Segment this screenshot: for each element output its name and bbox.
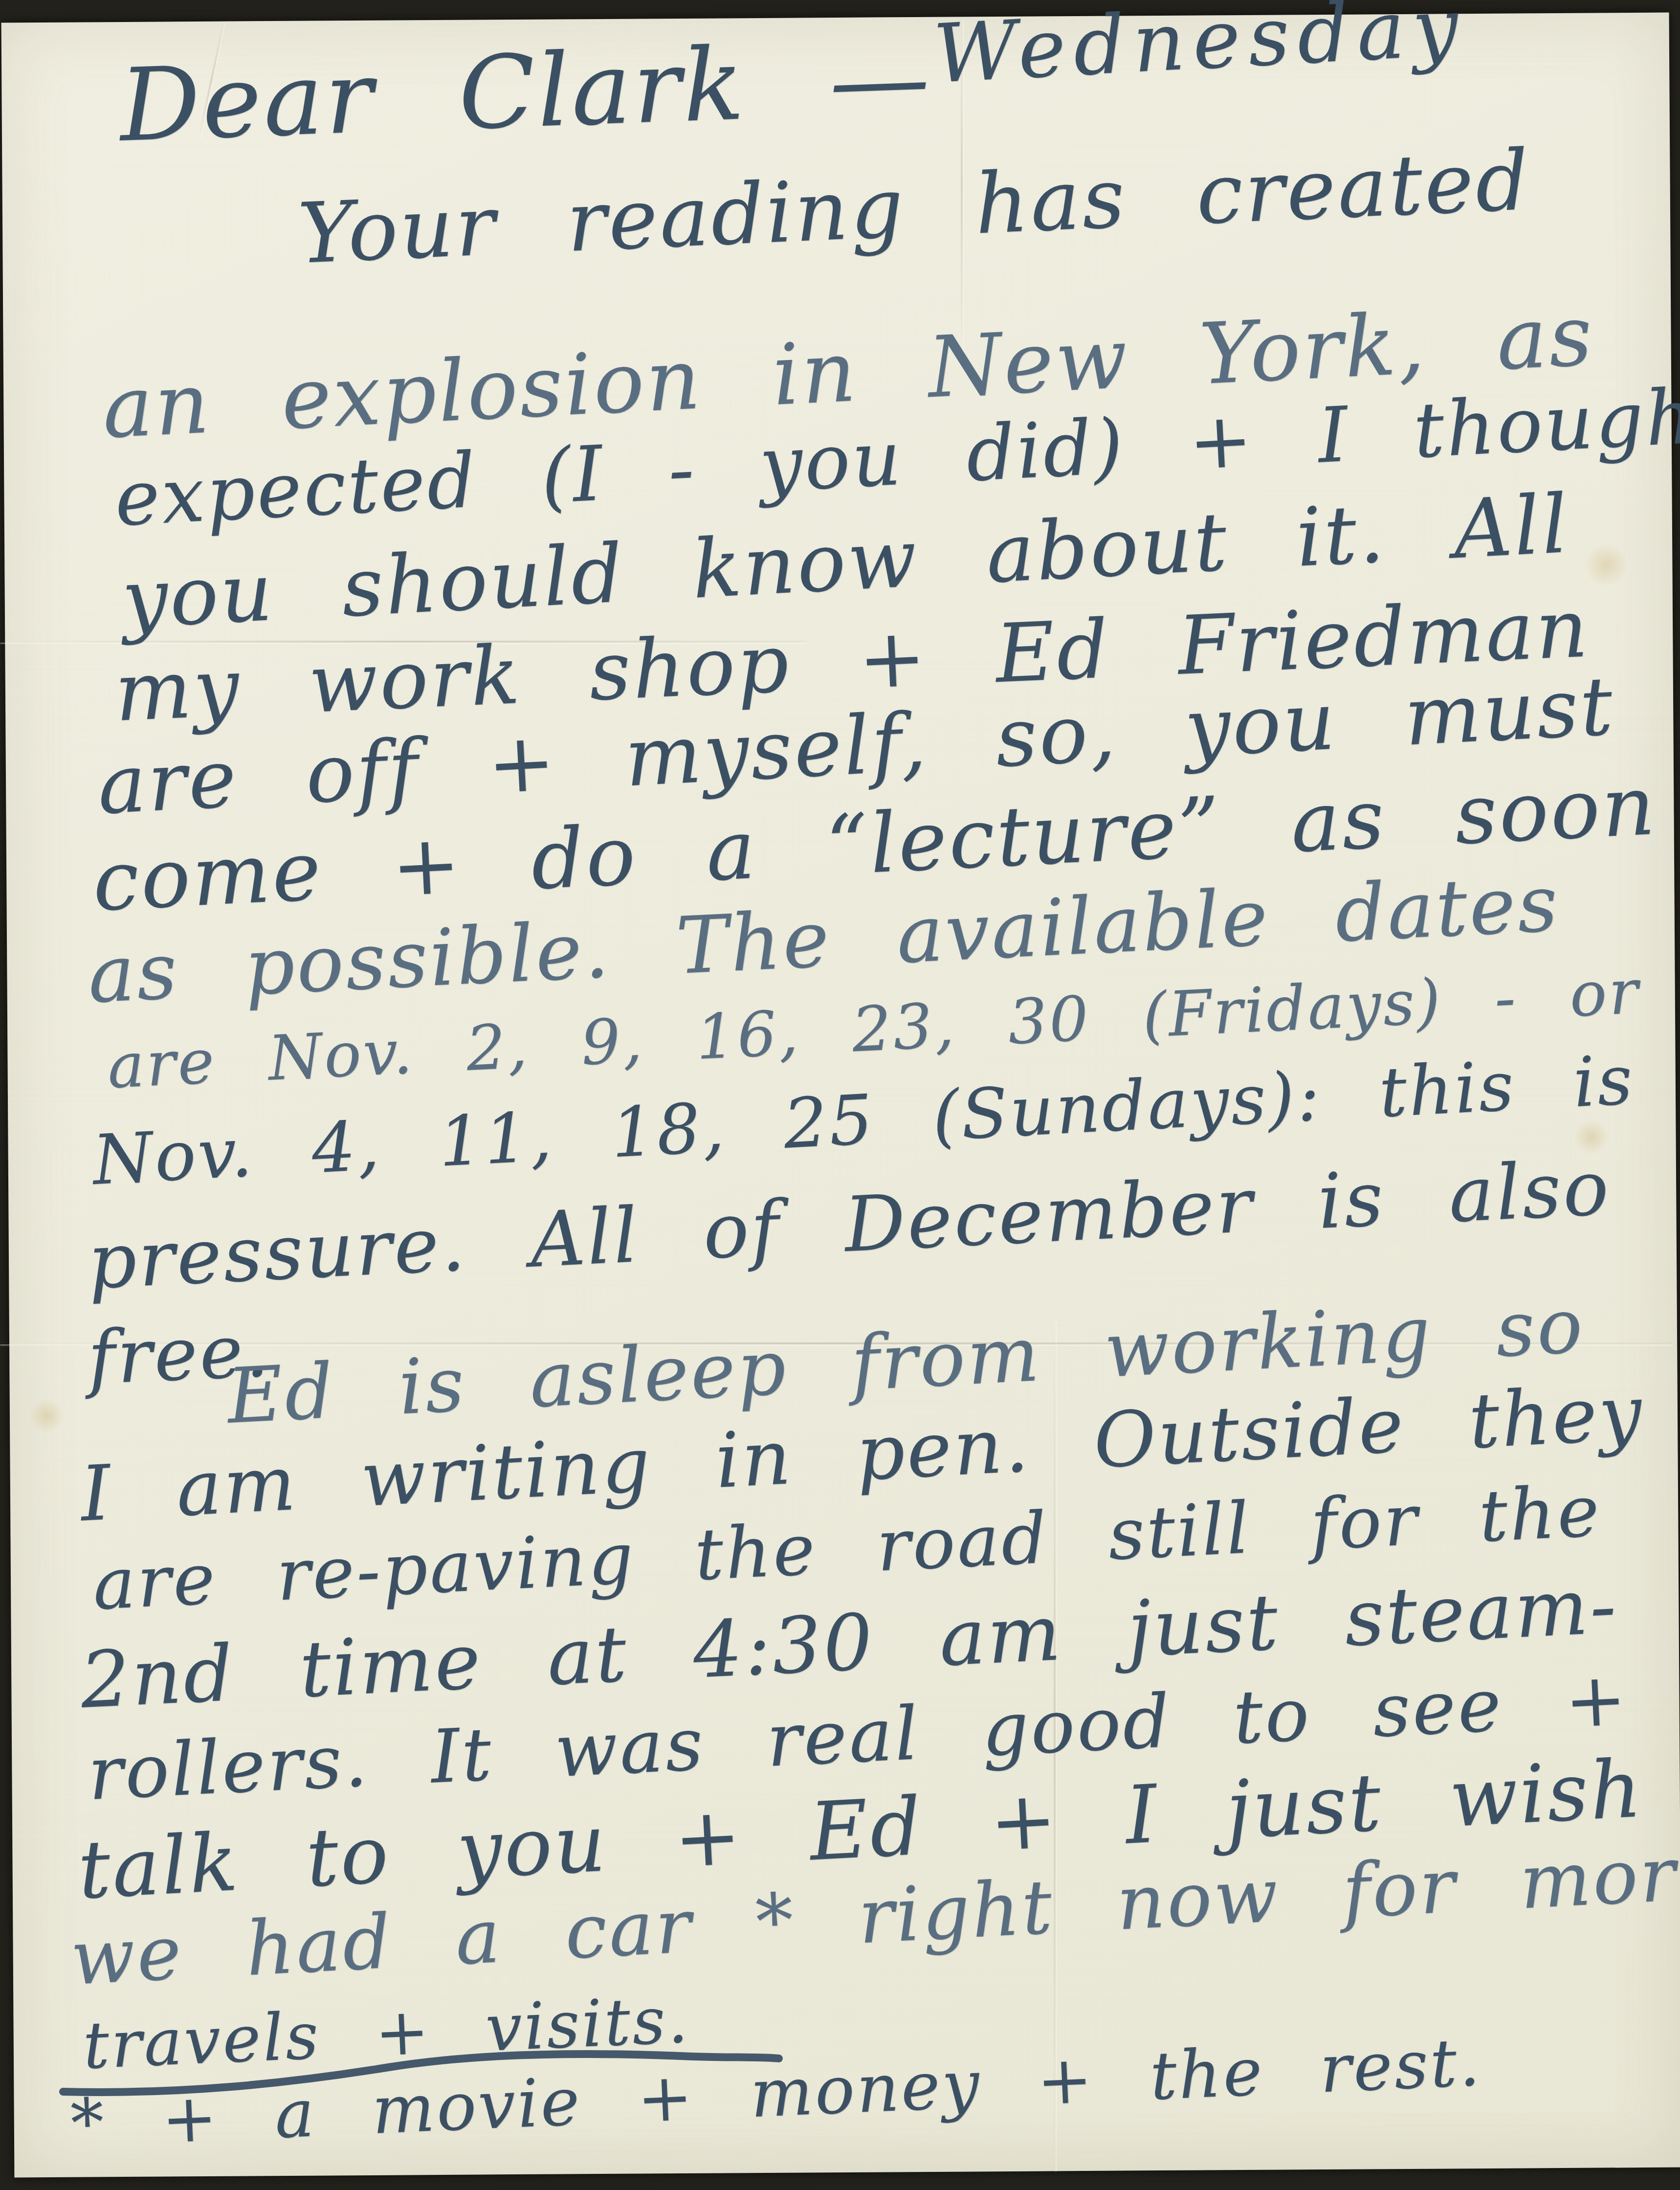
handwriting-layer: Wednesday Dear Clark — Your reading has … [0, 0, 1680, 2190]
letter-date-line: Wednesday [931, 0, 1468, 97]
scanned-letter: Wednesday Dear Clark — Your reading has … [0, 0, 1680, 2190]
body-line: Your reading has created [296, 137, 1532, 278]
salutation-line: Dear Clark — [118, 25, 933, 159]
